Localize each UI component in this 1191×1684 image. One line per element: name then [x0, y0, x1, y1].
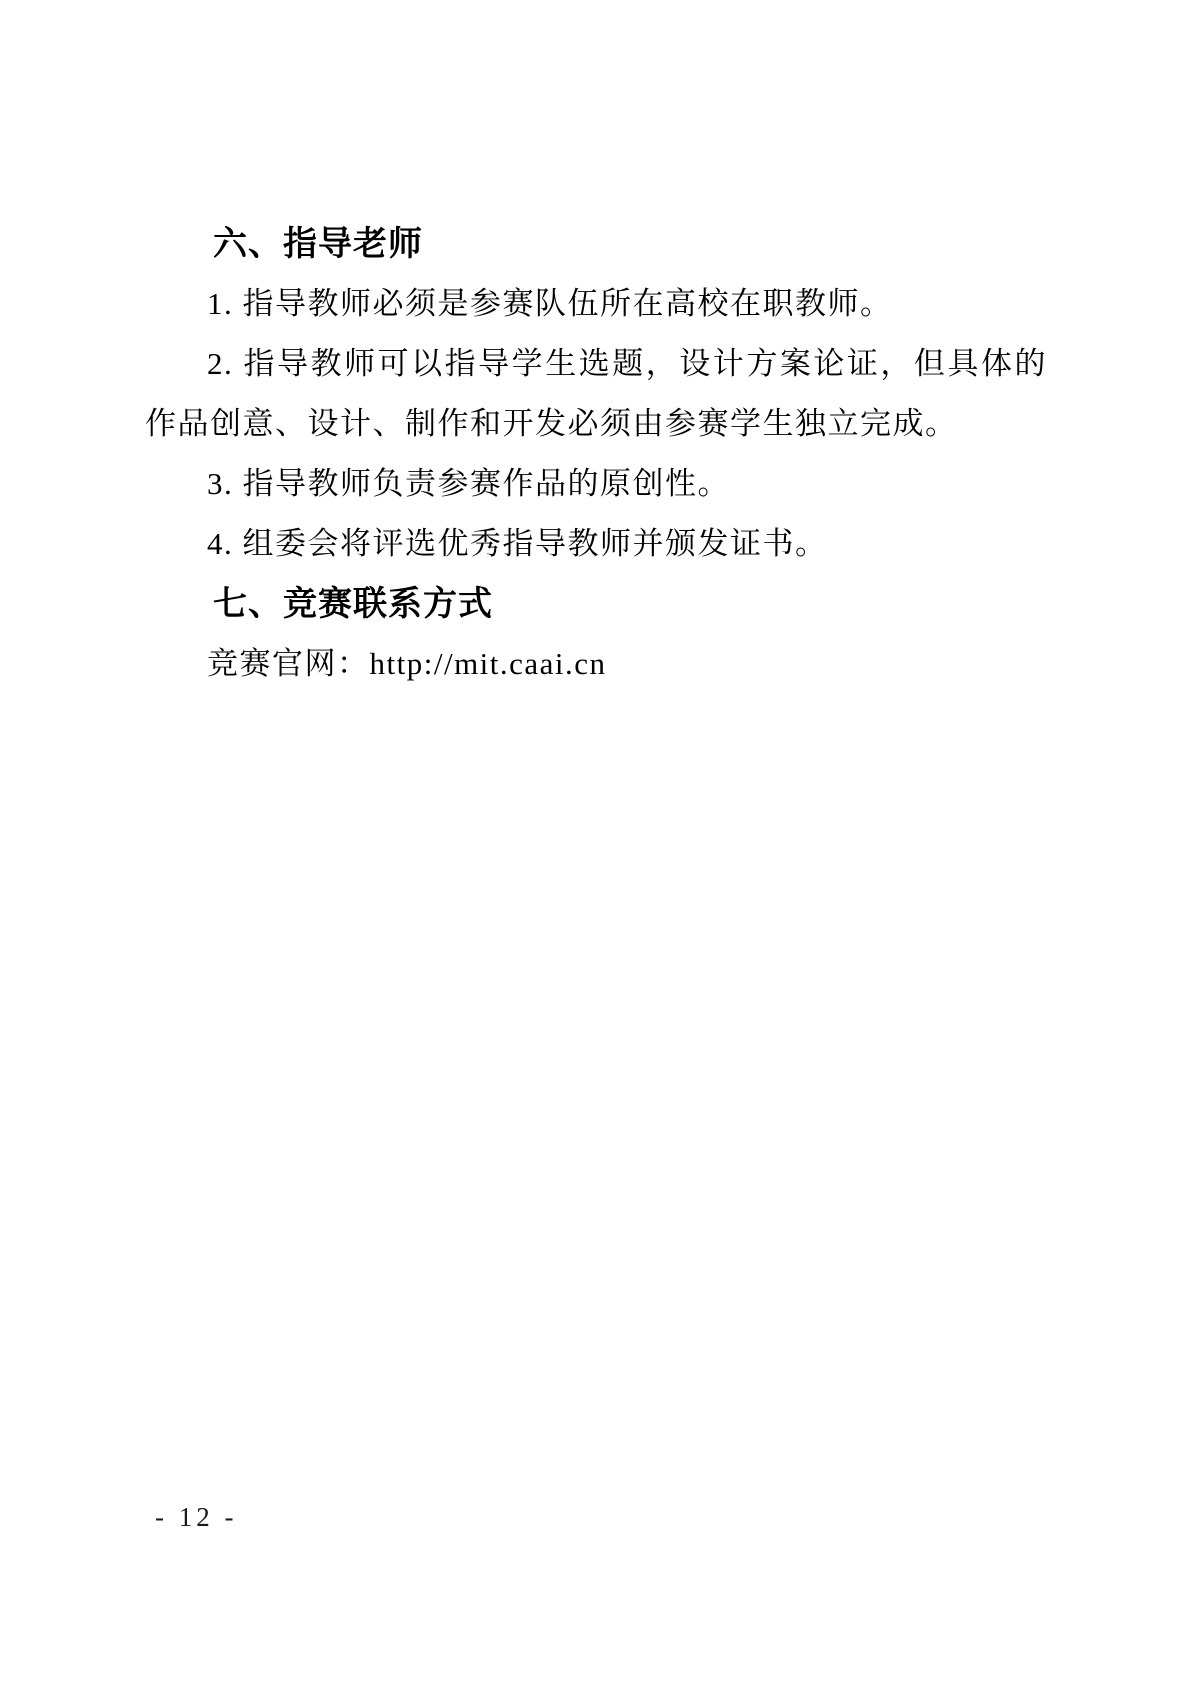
page-number: - 12 - [155, 1502, 237, 1532]
website-label: 竞赛官网： [207, 646, 370, 681]
page-footer: - 12 - [155, 1500, 237, 1534]
advisors-item-4: 4. 组委会将评选优秀指导教师并颁发证书。 [145, 514, 1047, 574]
document-page: 六、指导老师 1. 指导教师必须是参赛队伍所在高校在职教师。 2. 指导教师可以… [0, 0, 1191, 1684]
document-content: 六、指导老师 1. 指导教师必须是参赛队伍所在高校在职教师。 2. 指导教师可以… [145, 214, 1047, 694]
contact-website-line: 竞赛官网：http://mit.caai.cn [145, 634, 1047, 694]
advisors-item-1: 1. 指导教师必须是参赛队伍所在高校在职教师。 [145, 274, 1047, 334]
advisors-item-2: 2. 指导教师可以指导学生选题，设计方案论证，但具体的作品创意、设计、制作和开发… [145, 334, 1047, 454]
section-heading-contact: 七、竞赛联系方式 [145, 574, 1047, 634]
website-url: http://mit.caai.cn [370, 646, 607, 681]
advisors-item-3: 3. 指导教师负责参赛作品的原创性。 [145, 454, 1047, 514]
section-heading-advisors: 六、指导老师 [145, 214, 1047, 274]
